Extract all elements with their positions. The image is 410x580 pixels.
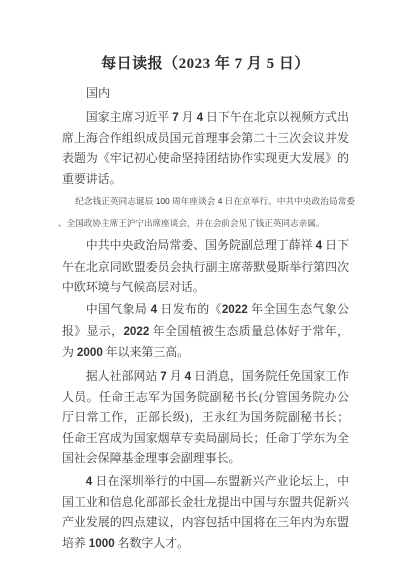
numeric-text: 2000	[77, 346, 103, 359]
paragraph: 中共中央政治局常委、国务院副总理丁薛祥 4 日下午在北京同欧盟委员会执行副主席蒂…	[62, 235, 349, 297]
document-page: 每日读报（2023 年 7 月 5 日） 国内 国家主席习近平 7 月 4 日下…	[0, 0, 410, 580]
paragraph: 纪念钱正英同志诞辰 100 周年座谈会 4 日在京举行。中共中央政治局常委、全国…	[58, 191, 355, 234]
numeric-text: 4	[316, 239, 322, 252]
paragraph: 4 日在深圳举行的中国—东盟新兴产业论坛上，中国工业和信息化部部长金壮龙提出中国…	[62, 471, 349, 555]
article-body: 国家主席习近平 7 月 4 日下午在北京以视频方式出席上海合作组织成员国元首理事…	[62, 107, 349, 555]
numeric-text: 4	[218, 196, 223, 206]
numeric-text: 7	[172, 111, 178, 124]
paragraph: 中国气象局 4 日发布的《2022 年全国生态气象公报》显示，2022 年全国植…	[62, 299, 349, 363]
page-title: 每日读报（2023 年 7 月 5 日）	[62, 53, 349, 75]
numeric-text: 1000	[89, 537, 115, 550]
numeric-text: 100	[156, 196, 170, 206]
numeric-text: 4	[151, 303, 157, 316]
numeric-text: 4	[86, 475, 92, 488]
paragraph: 国家主席习近平 7 月 4 日下午在北京以视频方式出席上海合作组织成员国元首理事…	[62, 107, 349, 190]
numeric-text: 2022	[123, 325, 149, 338]
numeric-text: 2022	[222, 303, 248, 316]
numeric-text: 4	[197, 111, 203, 124]
numeric-text: 4	[185, 370, 191, 383]
paragraph: 据人社部网站 7 月 4 日消息，国务院任免国家工作人员。任命王志军为国务院副秘…	[62, 366, 349, 469]
numeric-text: 7	[160, 370, 166, 383]
section-heading-domestic: 国内	[62, 83, 349, 104]
